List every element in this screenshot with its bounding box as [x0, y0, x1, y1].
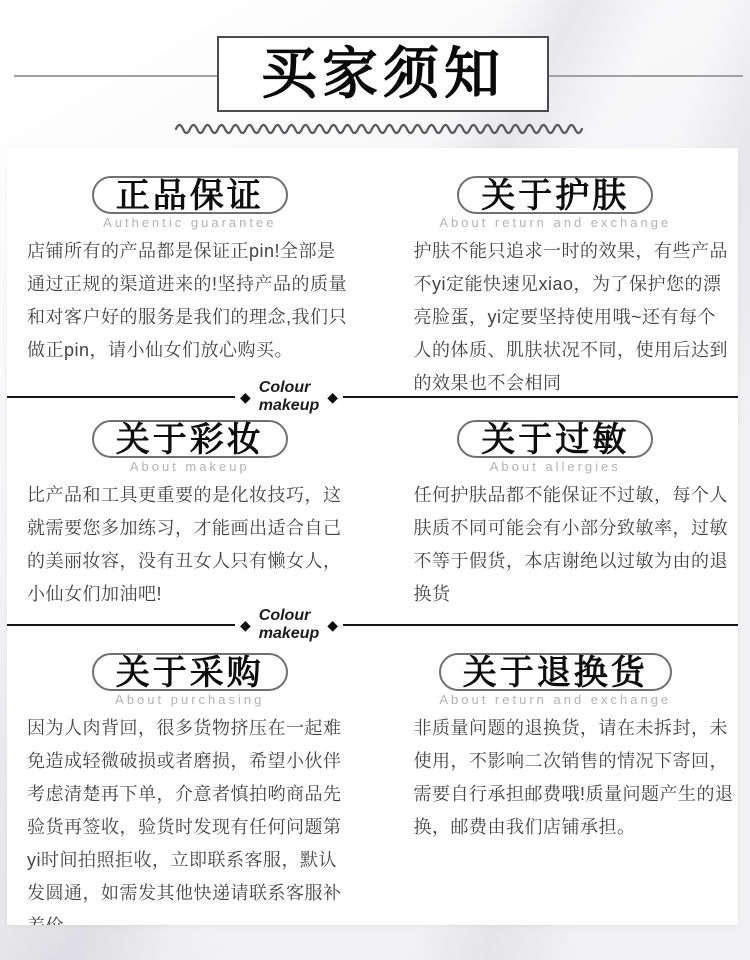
section-authentic-guarantee: 正品保证 Authentic guarantee 店铺所有的产品都是保证正pin…: [7, 148, 373, 396]
section-title: 正品保证: [116, 177, 264, 215]
section-body: 店铺所有的产品都是保证正pin!全部是通过正规的渠道进来的!坚持产品的质量和对客…: [27, 235, 351, 367]
wavy-line-icon: [175, 120, 591, 136]
section-body: 护肤不能只追求一时的效果，有些产品不yi定能快速见xiao，为了保护您的漂亮脸蛋…: [414, 235, 735, 396]
divider-line-left: [7, 396, 235, 398]
page-title: 买家须知: [261, 46, 505, 102]
diamond-icon: ◆: [240, 618, 251, 632]
section-subtitle: About return and exchange: [373, 692, 739, 707]
section-title-pill: 关于彩妆: [92, 420, 288, 458]
section-title: 关于彩妆: [116, 421, 264, 459]
section-subtitle: About allergies: [373, 459, 739, 474]
section-makeup: 关于彩妆 About makeup 比产品和工具更重要的是化妆技巧，这就需要您多…: [7, 396, 373, 625]
section-title: 关于退换货: [463, 654, 648, 692]
divider-label-line2: makeup: [259, 625, 319, 643]
section-subtitle: About return and exchange: [373, 215, 739, 230]
divider-line-right: [343, 396, 738, 398]
header-rule-left: [14, 75, 217, 77]
divider-label-line1: Colour: [259, 379, 319, 397]
section-title-pill: 正品保证: [92, 176, 288, 214]
divider-colour-makeup-1: ◆ Colour makeup ◆: [7, 377, 738, 417]
divider-colour-makeup-2: ◆ Colour makeup ◆: [7, 605, 738, 645]
section-title-pill: 关于退换货: [439, 653, 672, 691]
section-body: 非质量问题的退换货，请在未拆封，未使用，不影响二次销售的情况下寄回，需要自行承担…: [414, 712, 735, 844]
diamond-icon: ◆: [327, 390, 338, 404]
divider-label-line1: Colour: [259, 607, 319, 625]
section-allergies: 关于过敏 About allergies 任何护肤品都不能保证不过敏，每个人肤质…: [373, 396, 739, 625]
page-title-box: 买家须知: [217, 36, 549, 112]
header-rule-right: [549, 75, 743, 77]
divider-label-line2: makeup: [259, 397, 319, 415]
divider-label: Colour makeup: [256, 379, 322, 416]
section-title: 关于过敏: [481, 421, 629, 459]
divider-label: Colour makeup: [256, 607, 322, 644]
section-title: 关于护肤: [481, 177, 629, 215]
section-title-pill: 关于采购: [92, 653, 288, 691]
section-body: 因为人肉背回，很多货物挤压在一起难免造成轻微破损或者磨损，希望小伙伴考虑清楚再下…: [27, 712, 351, 925]
section-body: 任何护肤品都不能保证不过敏，每个人肤质不同可能会有小部分致敏率，过敏不等于假货，…: [414, 479, 735, 611]
section-body: 比产品和工具更重要的是化妆技巧，这就需要您多加练习，才能画出适合自己的美丽妆容，…: [27, 479, 351, 611]
section-return-exchange: 关于退换货 About return and exchange 非质量问题的退换…: [373, 625, 739, 925]
diamond-icon: ◆: [240, 390, 251, 404]
section-title-pill: 关于过敏: [457, 420, 653, 458]
divider-line-right: [343, 624, 738, 626]
section-title: 关于采购: [116, 654, 264, 692]
section-subtitle: Authentic guarantee: [7, 215, 373, 230]
sections-grid: 正品保证 Authentic guarantee 店铺所有的产品都是保证正pin…: [7, 148, 738, 925]
section-skincare: 关于护肤 About return and exchange 护肤不能只追求一时…: [373, 148, 739, 396]
section-title-pill: 关于护肤: [457, 176, 653, 214]
notice-card: 正品保证 Authentic guarantee 店铺所有的产品都是保证正pin…: [7, 148, 738, 925]
divider-line-left: [7, 624, 235, 626]
section-purchasing: 关于采购 About purchasing 因为人肉背回，很多货物挤压在一起难免…: [7, 625, 373, 925]
section-subtitle: About purchasing: [7, 692, 373, 707]
section-subtitle: About makeup: [7, 459, 373, 474]
diamond-icon: ◆: [327, 618, 338, 632]
